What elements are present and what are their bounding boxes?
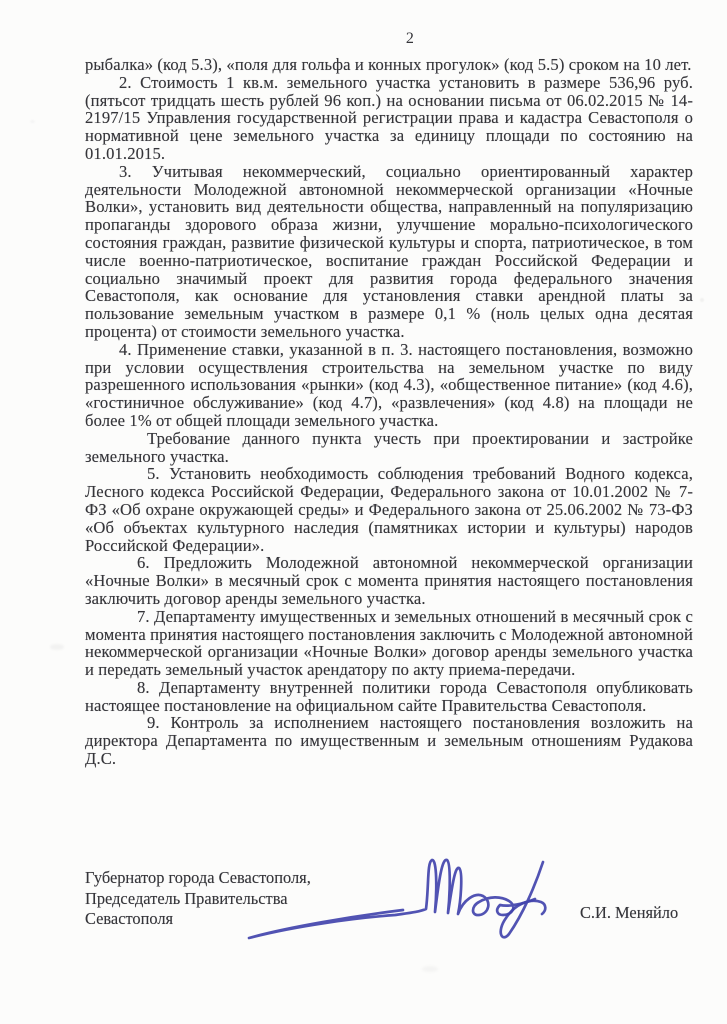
page-number: 2: [85, 30, 727, 48]
scan-speckle: [50, 644, 64, 650]
document-paragraph: 3. Учитывая некоммерческий, социально ор…: [85, 163, 693, 341]
scan-speckle: [30, 120, 35, 123]
document-paragraph: Требование данного пункта учесть при про…: [85, 430, 693, 466]
document-paragraph: 9. Контроль за исполнением настоящего по…: [85, 714, 693, 767]
scan-speckle: [422, 966, 438, 972]
document-paragraph: 6. Предложить Молодежной автономной неко…: [85, 554, 693, 607]
document-paragraph: 4. Применение ставки, указанной в п. 3. …: [85, 341, 693, 430]
signature-ink: [243, 852, 573, 952]
document-body: рыбалка» (код 5.3), «поля для гольфа и к…: [85, 56, 693, 768]
signatory-name: С.И. Меняйло: [580, 903, 678, 923]
document-paragraph: 5. Установить необходимость соблюдения т…: [85, 465, 693, 554]
document-page: 2 рыбалка» (код 5.3), «поля для гольфа и…: [0, 0, 727, 1024]
document-paragraph: 2. Стоимость 1 кв.м. земельного участка …: [85, 74, 693, 163]
document-paragraph: 7. Департаменту имущественных и земельны…: [85, 608, 693, 679]
document-paragraph: рыбалка» (код 5.3), «поля для гольфа и к…: [85, 56, 693, 74]
document-paragraph: 8. Департаменту внутренней политики горо…: [85, 679, 693, 715]
scan-speckle: [700, 298, 704, 302]
